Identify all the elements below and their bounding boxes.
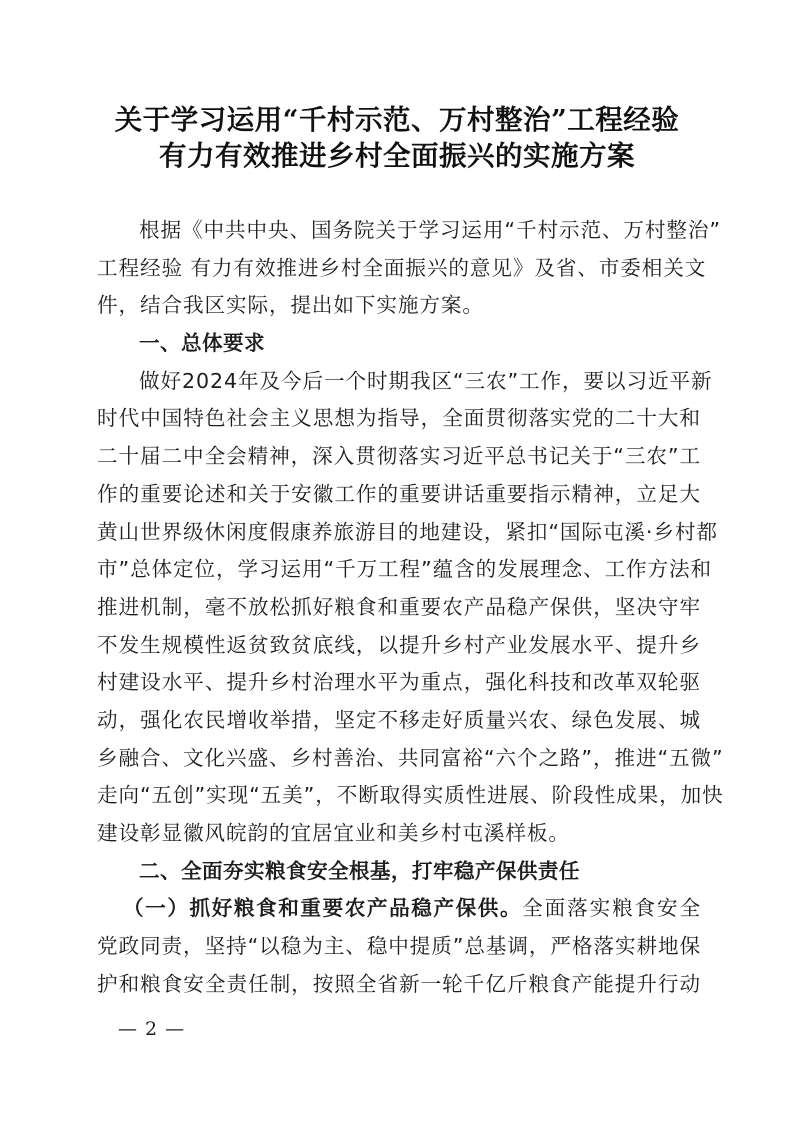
paragraph-line: 乡融合、文化兴盛、乡村善治、共同富裕“六个之路”，推进“五微”	[97, 740, 701, 778]
document-title-line-1: 关于学习运用“千村示范、万村整治”工程经验	[0, 104, 794, 136]
paragraph-line: 不发生规模性返贫致贫底线，以提升乡村产业发展水平、提升乡	[97, 627, 701, 665]
paragraph-line: 护和粮食安全责任制，按照全省新一轮千亿斤粮食产能提升行动	[97, 966, 701, 1004]
document-title-line-2: 有力有效推进乡村全面振兴的实施方案	[0, 140, 794, 172]
paragraph-text: 全面落实粮食安全	[522, 896, 701, 920]
paragraph-line: 二十届二中全会精神，深入贯彻落实习近平总书记关于“三农”工	[97, 438, 701, 476]
document-body: 根据《中共中央、国务院关于学习运用“千村示范、万村整治” 工程经验 有力有效推进…	[97, 212, 701, 1003]
paragraph-line: 市”总体定位，学习运用“千万工程”蕴含的发展理念、工作方法和	[97, 551, 701, 589]
paragraph-line: 走向“五创”实现“五美”，不断取得实质性进展、阶段性成果，加快	[97, 777, 701, 815]
paragraph-line: 做好2024年及今后一个时期我区“三农”工作，要以习近平新	[97, 363, 701, 401]
subsection-1-paragraph: （一）抓好粮食和重要农产品稳产保供。全面落实粮食安全 党政同责，坚持“以稳为主、…	[97, 890, 701, 1003]
section-1-paragraph: 做好2024年及今后一个时期我区“三农”工作，要以习近平新 时代中国特色社会主义…	[97, 363, 701, 853]
subsection-heading: （一）抓好粮食和重要农产品稳产保供。	[123, 896, 522, 920]
intro-paragraph: 根据《中共中央、国务院关于学习运用“千村示范、万村整治” 工程经验 有力有效推进…	[97, 212, 701, 325]
paragraph-line: 党政同责，坚持“以稳为主、稳中提质”总基调，严格落实耕地保	[97, 928, 701, 966]
page-number: — 2 —	[118, 1018, 185, 1040]
paragraph-line: 村建设水平、提升乡村治理水平为重点，强化科技和改革双轮驱	[97, 664, 701, 702]
paragraph-line: 根据《中共中央、国务院关于学习运用“千村示范、万村整治”	[97, 212, 701, 250]
paragraph-line-with-lead: （一）抓好粮食和重要农产品稳产保供。全面落实粮食安全	[97, 890, 701, 928]
paragraph-line: 推进机制，毫不放松抓好粮食和重要农产品稳产保供，坚决守牢	[97, 589, 701, 627]
paragraph-line: 作的重要论述和关于安徽工作的重要讲话重要指示精神，立足大	[97, 476, 701, 514]
paragraph-line: 件，结合我区实际，提出如下实施方案。	[97, 287, 701, 325]
section-heading-1: 一、总体要求	[97, 325, 701, 363]
paragraph-line: 时代中国特色社会主义思想为指导，全面贯彻落实党的二十大和	[97, 400, 701, 438]
document-page: 关于学习运用“千村示范、万村整治”工程经验 有力有效推进乡村全面振兴的实施方案 …	[0, 0, 794, 1123]
paragraph-line: 黄山世界级休闲度假康养旅游目的地建设，紧扣“国际屯溪·乡村都	[97, 514, 701, 552]
paragraph-line: 动，强化农民增收举措，坚定不移走好质量兴农、绿色发展、城	[97, 702, 701, 740]
section-heading-2: 二、全面夯实粮食安全根基，打牢稳产保供责任	[97, 853, 701, 891]
paragraph-line: 工程经验 有力有效推进乡村全面振兴的意见》及省、市委相关文	[97, 250, 701, 288]
paragraph-line: 建设彰显徽风皖韵的宜居宜业和美乡村屯溪样板。	[97, 815, 701, 853]
